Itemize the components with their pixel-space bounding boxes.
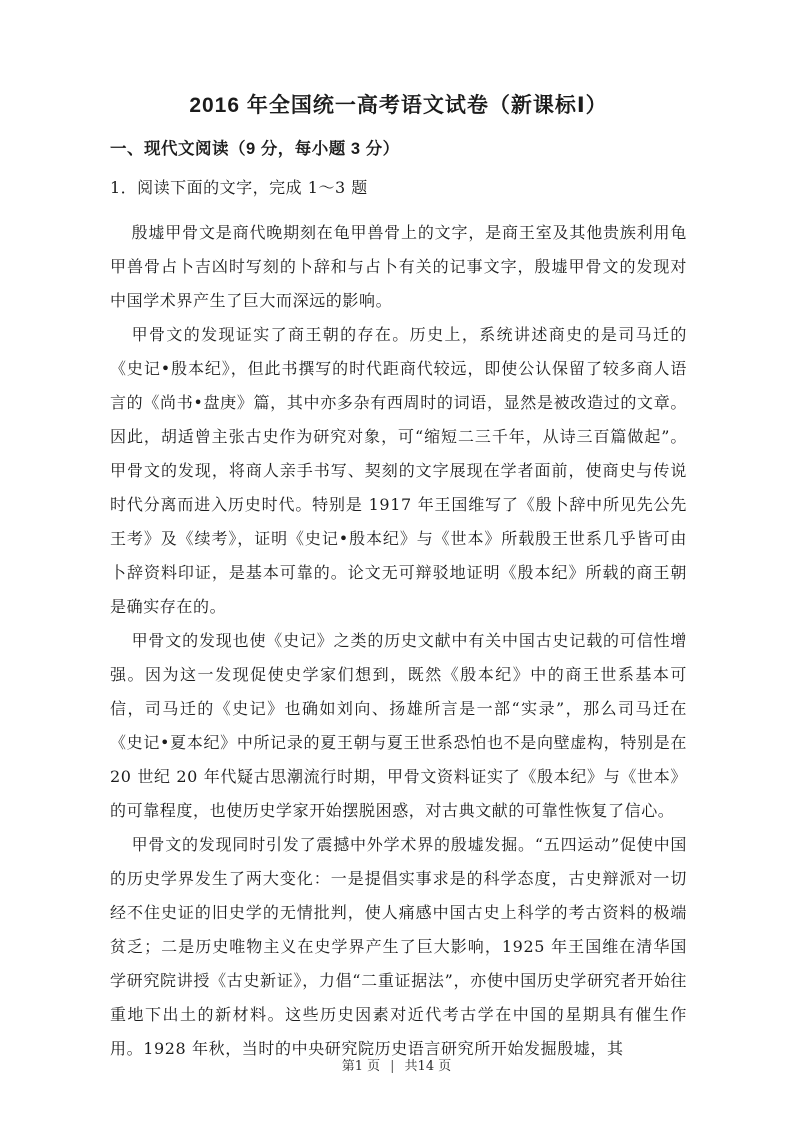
paragraph-2: 甲骨文的发现证实了商王朝的存在。历史上，系统讲述商史的是司马迁的《史记•殷本纪》… xyxy=(110,318,687,624)
paragraph-1: 殷墟甲骨文是商代晚期刻在龟甲兽骨上的文字，是商王室及其他贵族利用龟甲兽骨占卜吉凶… xyxy=(110,216,687,318)
footer-page-number: 第1 页 xyxy=(342,1059,380,1074)
question-lead: 1．阅读下面的文字，完成 1～3 题 xyxy=(110,176,687,200)
footer-total-pages: 共14 页 xyxy=(405,1059,452,1074)
page-footer: 第1 页|共14 页 xyxy=(0,1055,793,1074)
section-heading: 一、现代文阅读（9 分，每小题 3 分） xyxy=(110,137,687,161)
paragraph-3: 甲骨文的发现也使《史记》之类的历史文献中有关中国古史记载的可信性增强。因为这一发… xyxy=(110,624,687,828)
footer-separator: | xyxy=(390,1059,394,1074)
document-page: 2016 年全国统一高考语文试卷（新课标Ⅰ） 一、现代文阅读（9 分，每小题 3… xyxy=(0,0,793,1122)
paragraph-4: 甲骨文的发现同时引发了震撼中外学术界的殷墟发掘。“五四运动”促使中国的历史学界发… xyxy=(110,828,687,1066)
page-title: 2016 年全国统一高考语文试卷（新课标Ⅰ） xyxy=(110,92,687,120)
